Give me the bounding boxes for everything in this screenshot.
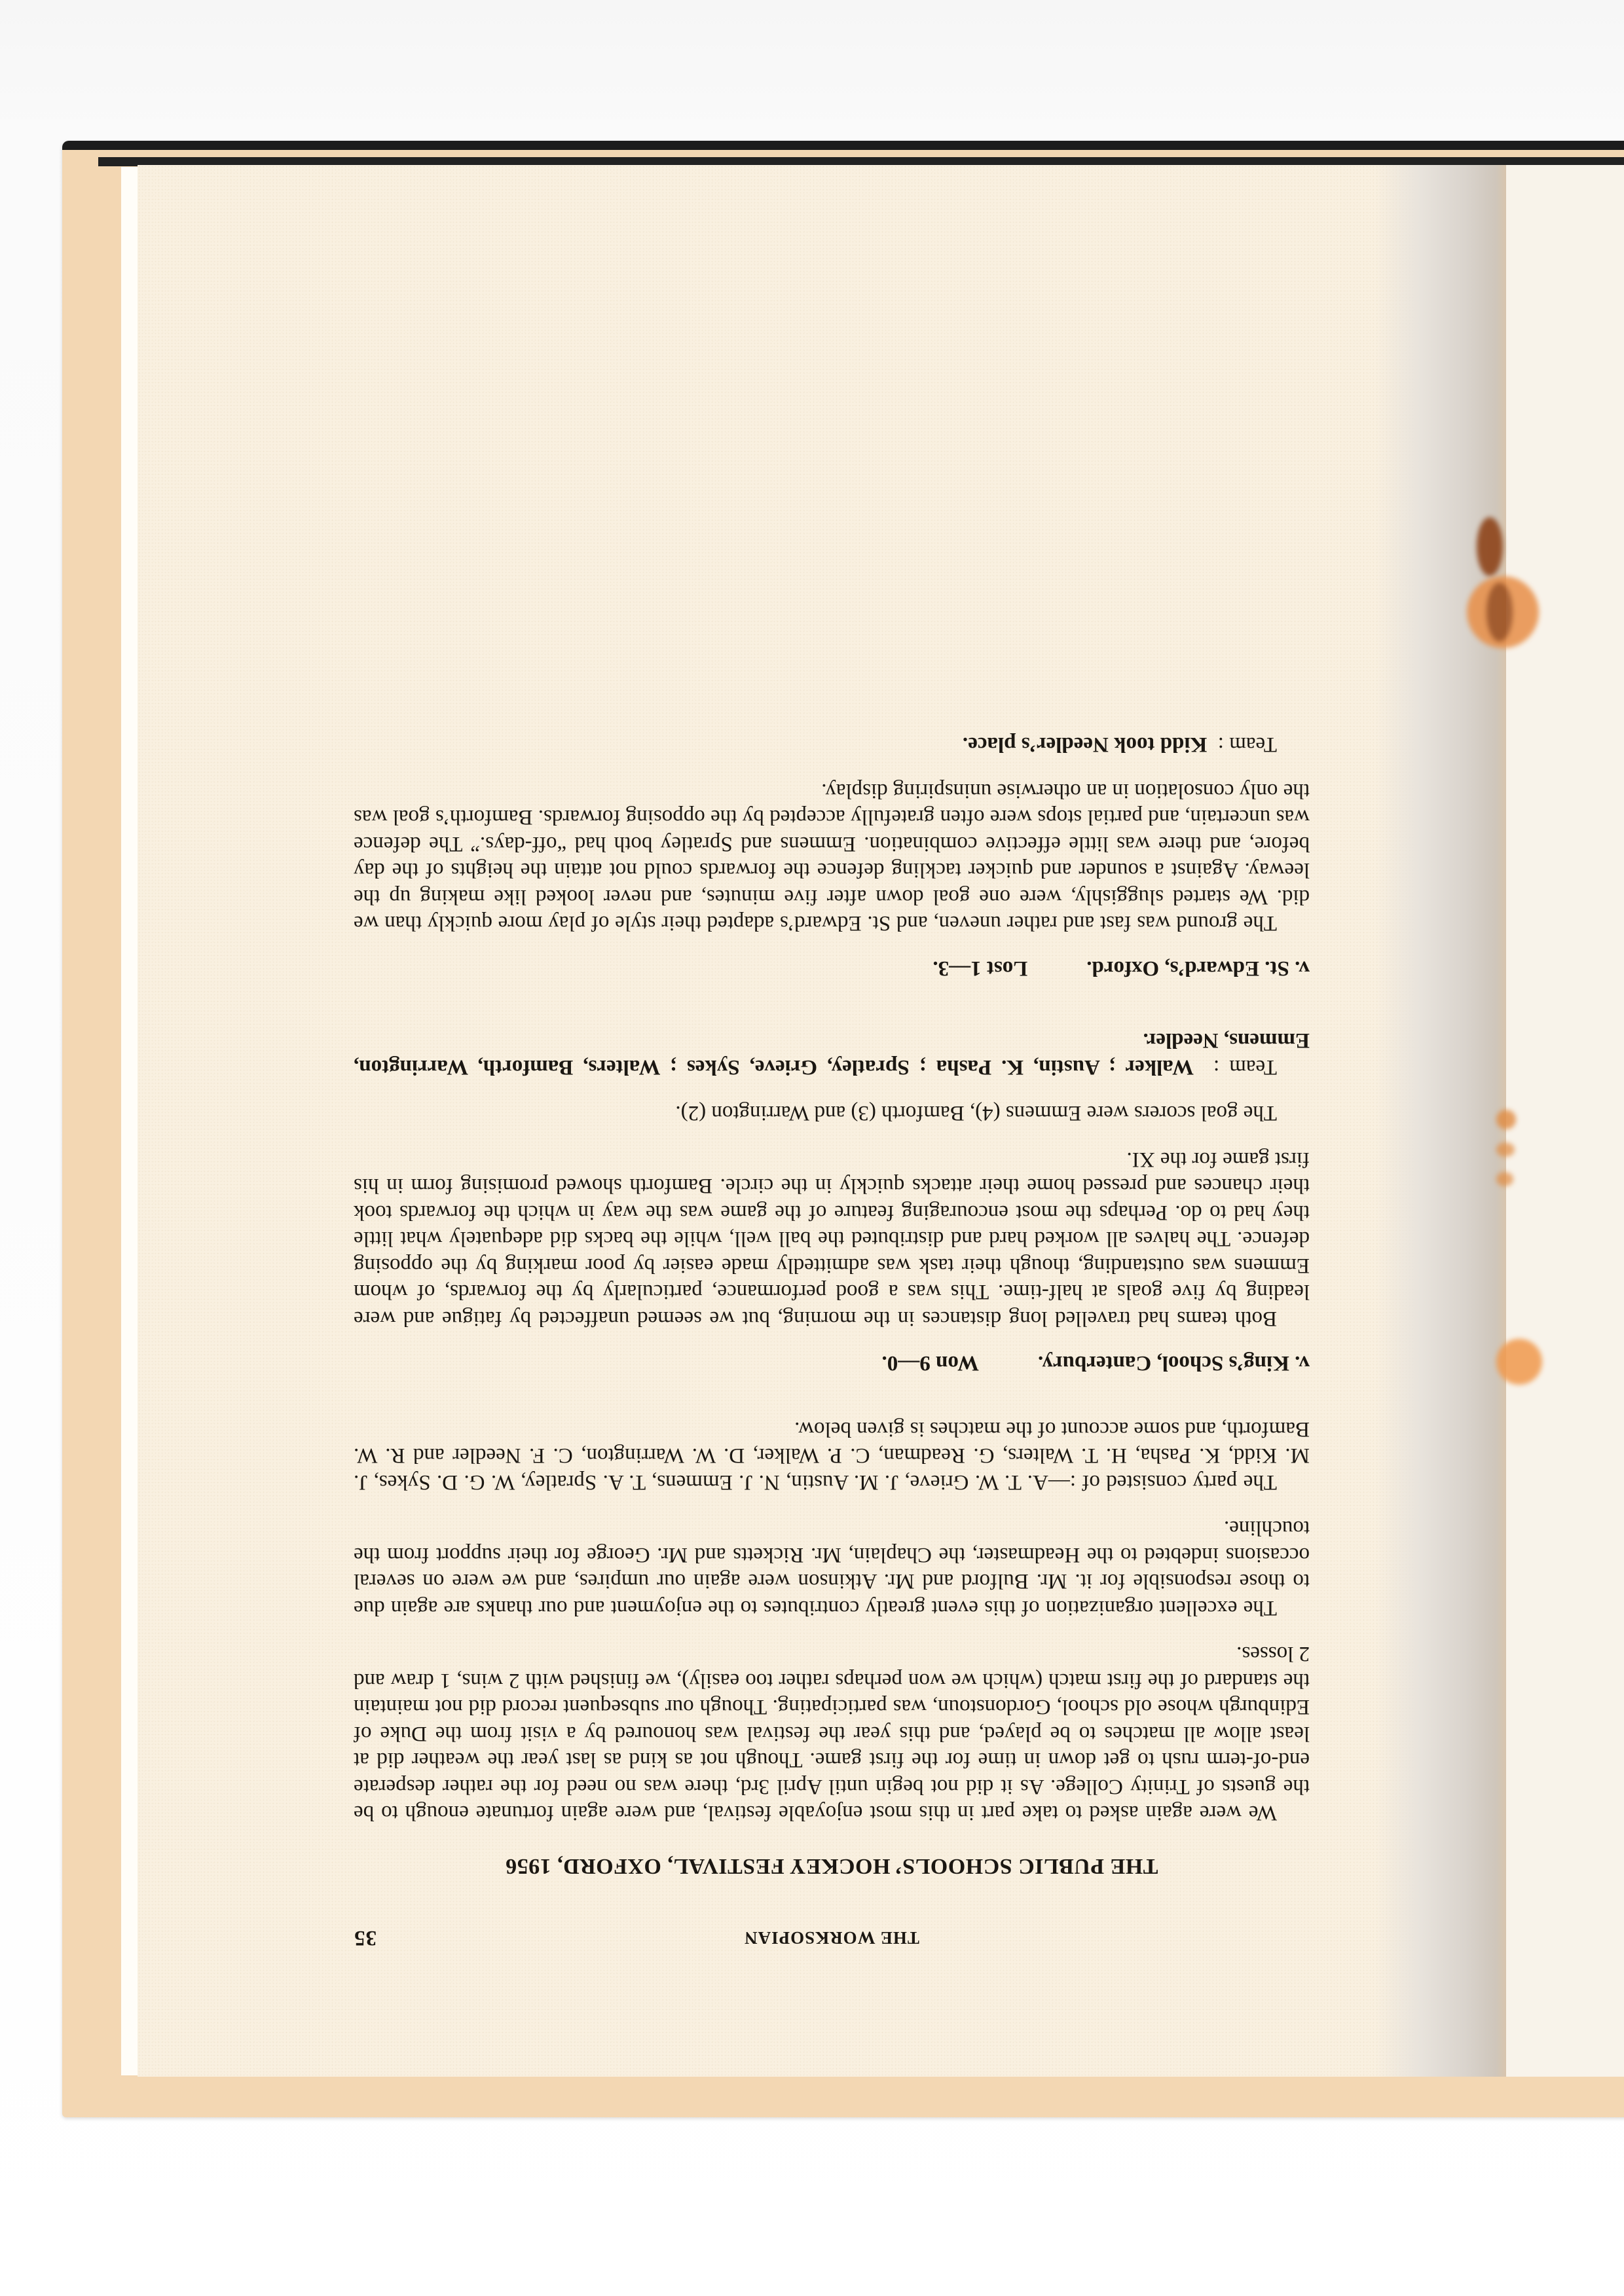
team-line: Team : Walker ; Austin, K. Pasha ; Sprat… <box>354 1027 1310 1080</box>
thanks-paragraph: The excellent organization of this event… <box>354 1515 1310 1621</box>
rust-stain <box>1496 1110 1516 1129</box>
facing-page <box>1506 165 1624 2077</box>
page-edge <box>121 167 138 2075</box>
inverted-text-block: THE WORKSOPIAN 35 THE PUBLIC SCHOOLS’ HO… <box>354 419 1310 1951</box>
intro-paragraph: We were again asked to take part in this… <box>354 1641 1310 1827</box>
match-heading: v. King’s School, Canterbury.Won 9—0. <box>354 1350 1310 1377</box>
match-opponent: v. King’s School, Canterbury. <box>1038 1352 1310 1376</box>
binding-gutter <box>1375 165 1506 2077</box>
match-kings-canterbury: v. King’s School, Canterbury.Won 9—0. Bo… <box>354 1027 1310 1377</box>
rust-stain <box>1496 1339 1542 1385</box>
team-label: Team : <box>1218 733 1277 757</box>
match-heading: v. St. Edward’s, Oxford.Lost 1—3. <box>354 955 1310 982</box>
rust-stain <box>1496 1172 1513 1186</box>
match-report: Both teams had travelled long distances … <box>354 1146 1310 1332</box>
match-result: Lost 1—3. <box>932 957 1027 980</box>
goal-scorers: The goal scorers were Emmens (4), Bamfor… <box>354 1100 1310 1127</box>
rust-stain <box>1477 517 1503 576</box>
page-number: 35 <box>354 1925 377 1952</box>
team-label: Team : <box>1213 1055 1277 1079</box>
team-line: Team : Kidd took Needler’s place. <box>354 731 1310 758</box>
team-list: Kidd took Needler’s place. <box>963 733 1207 757</box>
rust-stain <box>1467 576 1539 648</box>
article-title: THE PUBLIC SCHOOLS’ HOCKEY FESTIVAL, OXF… <box>354 1853 1310 1880</box>
match-opponent: v. St. Edward’s, Oxford. <box>1086 957 1310 980</box>
match-st-edwards-oxford: v. St. Edward’s, Oxford.Lost 1—3. The gr… <box>354 731 1310 981</box>
team-list: Walker ; Austin, K. Pasha ; Spratley, Gr… <box>354 1029 1310 1080</box>
match-result: Won 9—0. <box>881 1352 979 1376</box>
running-head-title: THE WORKSOPIAN <box>354 1925 1310 1952</box>
rust-stain <box>1496 1142 1515 1157</box>
running-head: THE WORKSOPIAN 35 <box>354 1925 1310 1951</box>
match-report: The ground was fast and rather uneven, a… <box>354 778 1310 937</box>
party-paragraph: The party consisted of :—A. T. W. Grieve… <box>354 1416 1310 1496</box>
